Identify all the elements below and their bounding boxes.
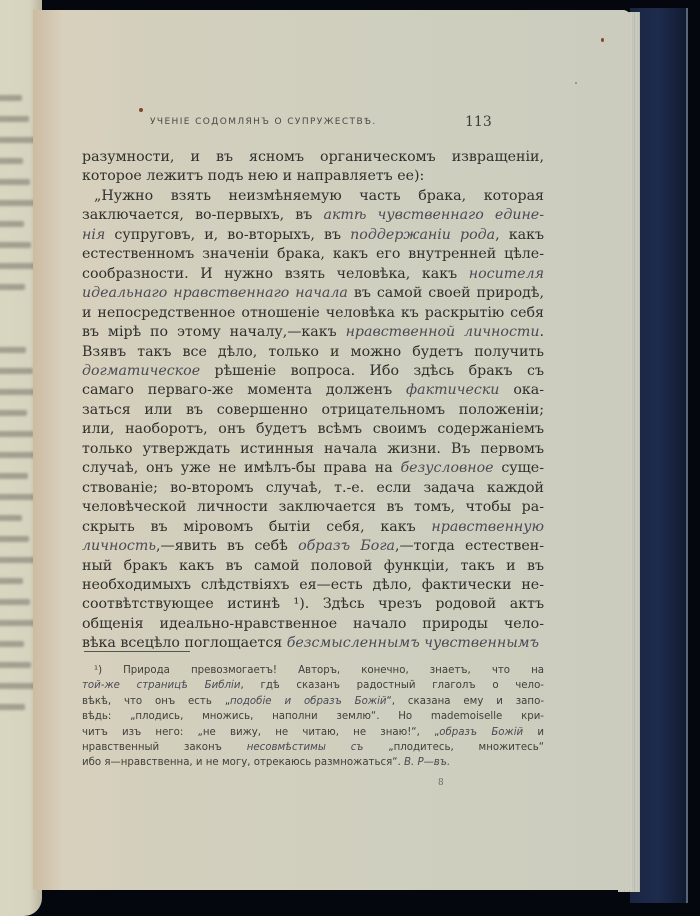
body-line: соотвѣтствующее истинѣ ¹). Здѣсь чрезъ р…: [82, 595, 544, 614]
bleed-through-text: [0, 368, 33, 374]
text-run: ,—явить въ себѣ: [156, 538, 298, 554]
italic-text: Библіи: [205, 680, 241, 691]
text-run: супруговъ, и, во-вторыхъ, въ: [105, 227, 350, 243]
bleed-through-text: [0, 116, 29, 122]
text-run: ока-: [499, 382, 544, 398]
italic-text: образъ Бога: [298, 538, 395, 554]
text-run: случаѣ, онъ уже не имѣлъ-бы права на: [82, 460, 400, 476]
bleed-through-text: [0, 221, 24, 227]
bleed-through-text: [0, 158, 23, 164]
body-line: самаго перваго-же момента долженъ фактич…: [82, 381, 544, 400]
text-run: читъ изъ него: „не вижу, не читаю, не зн…: [82, 727, 439, 738]
footnote-rule: [84, 651, 190, 652]
text-run: , какъ: [495, 227, 544, 243]
body-line: разумности, и въ ясномъ органическомъ из…: [82, 148, 544, 167]
text-run: [188, 680, 205, 691]
text-run: ный бракъ какъ въ самой половой функціи,…: [82, 558, 544, 574]
bleed-through-text: [0, 599, 30, 605]
italic-text: поддержаніи рода: [350, 227, 495, 243]
text-run: ,—тогда естествен-: [395, 538, 544, 554]
footnote: ¹) Природа превозмогаетъ! Авторъ, конечн…: [82, 663, 544, 771]
bleed-through-text: [0, 641, 24, 647]
text-run: „плодитесь, множитесь“: [364, 742, 544, 753]
text-run: которое лежитъ подъ нею и направляетъ ее…: [82, 168, 424, 184]
text-run: только утверждать истинныя начала жизни.…: [82, 441, 544, 457]
text-run: или, наоборотъ, онъ будетъ всѣмъ своимъ …: [82, 421, 544, 437]
italic-text: идеальнаго нравственнаго начала: [82, 285, 348, 301]
bleed-through-text: [0, 179, 30, 185]
body-line: естественномъ значеніи брака, какъ его в…: [82, 245, 544, 264]
body-line: человѣческой личности заключается въ том…: [82, 498, 544, 517]
text-run: разумности, и въ ясномъ органическомъ из…: [82, 149, 544, 165]
text-run: естественномъ значеніи брака, какъ его в…: [82, 246, 544, 262]
italic-text: нравственную: [431, 519, 544, 535]
text-run: вѣдь: „плодись, множись, наполни землю“.…: [82, 711, 544, 722]
text-run: „Нужно взять неизмѣняемую часть брака, к…: [94, 188, 544, 204]
bleed-through-text: [0, 578, 23, 584]
italic-text: личность: [82, 538, 156, 554]
text-run: въ самой своей природѣ,: [348, 285, 544, 301]
italic-text: нравственной личности: [346, 324, 540, 340]
bleed-through-text: [0, 431, 34, 437]
body-line: идеальнаго нравственнаго начала въ самой…: [82, 284, 544, 303]
text-run: соотвѣтствующее истинѣ ¹). Здѣсь чрезъ р…: [82, 596, 544, 612]
bleed-through-text: [0, 494, 35, 500]
bleed-through-text: [0, 620, 37, 626]
bleed-through-text: [0, 473, 28, 479]
body-line: догматическое рѣшеніе вопроса. Ибо здѣсь…: [82, 362, 544, 381]
text-run: самаго перваго-же момента долженъ: [82, 382, 406, 398]
text-run: “, сказана ему и запо-: [387, 696, 544, 707]
bleed-through-text: [0, 242, 31, 248]
text-run: .: [539, 324, 544, 340]
body-line: необходимыхъ слѣдствіяхъ ея—есть дѣло, ф…: [82, 576, 544, 595]
body-line: общенія идеально-нравственное начало при…: [82, 615, 544, 634]
italic-text: безусловное: [400, 460, 493, 476]
body-line: ствованіе; во-второмъ случаѣ, т.-е. если…: [82, 479, 544, 498]
italic-text: актѣ чувственнаго едине-: [323, 207, 544, 223]
running-head: УЧЕНІЕ СОДОМЛЯНЪ О СУПРУЖЕСТВѢ.: [150, 117, 490, 127]
footnote-line: читъ изъ него: „не вижу, не читаю, не зн…: [82, 725, 544, 740]
italic-text: догматическое: [82, 363, 200, 379]
italic-text: безсмысленнымъ чувственнымъ: [287, 635, 539, 651]
body-line: заключается, во-первыхъ, въ актѣ чувстве…: [82, 206, 544, 225]
body-line: въ мірѣ по этому началу,—какъ нравственн…: [82, 323, 544, 342]
text-run: ибо я—нравственна, и не могу, отрекаюсь …: [82, 757, 404, 768]
footnote-line: той-же страницѣ Библіи, гдѣ сказанъ радо…: [82, 678, 544, 693]
footnote-line: ибо я—нравственна, и не могу, отрекаюсь …: [82, 755, 544, 770]
text-run: вѣка всецѣло поглощается: [82, 635, 287, 651]
body-line: ный бракъ какъ въ самой половой функціи,…: [82, 557, 544, 576]
text-run: скрыть въ міровомъ бытіи себя, какъ: [82, 519, 431, 535]
italic-text: несовмѣстимы съ: [247, 742, 364, 753]
foxing-spot: [139, 108, 143, 112]
italic-text: образъ Божій: [439, 727, 523, 738]
italic-text: той-же страницѣ: [82, 680, 188, 691]
text-run: , гдѣ сказанъ радостный глаголъ о чело-: [241, 680, 544, 691]
italic-text: нія: [82, 227, 105, 243]
body-line: Взявъ такъ все дѣло, только и можно буде…: [82, 343, 544, 362]
foxing-spot: [575, 82, 577, 84]
bleed-through-text: [0, 347, 26, 353]
italic-text: фактически: [406, 382, 499, 398]
text-run: рѣшеніе вопроса. Ибо здѣсь бракъ съ: [200, 363, 544, 379]
footnote-line: вѣдь: „плодись, множись, наполни землю“.…: [82, 709, 544, 724]
text-run: ствованіе; во-второмъ случаѣ, т.-е. если…: [82, 480, 544, 496]
gutter-shadow: [33, 10, 63, 890]
body-line: заться или въ совершенно отрицательномъ …: [82, 401, 544, 420]
body-line: случаѣ, онъ уже не имѣлъ-бы права на без…: [82, 459, 544, 478]
text-run: и непосредственное отношеніе человѣка къ…: [82, 305, 544, 321]
body-line: и непосредственное отношеніе человѣка къ…: [82, 304, 544, 323]
body-line: только утверждать истинныя начала жизни.…: [82, 440, 544, 459]
bleed-through-text: [0, 536, 29, 542]
bleed-through-text: [0, 410, 27, 416]
italic-text: носителя: [469, 266, 544, 282]
footnote-line: нравственный законъ несовмѣстимы съ „пло…: [82, 740, 544, 755]
body-line: нія супруговъ, и, во-вторыхъ, въ поддерж…: [82, 226, 544, 245]
bleed-through-text: [0, 137, 36, 143]
footnote-line: ¹) Природа превозмогаетъ! Авторъ, конечн…: [82, 663, 544, 678]
bleed-through-text: [0, 515, 22, 521]
text-run: необходимыхъ слѣдствіяхъ ея—есть дѣло, ф…: [82, 577, 544, 593]
text-run: въ мірѣ по этому началу,—какъ: [82, 324, 346, 340]
italic-text: В. Р—въ.: [404, 757, 450, 768]
italic-text: подобіе и образъ Божій: [230, 696, 387, 707]
text-run: вѣкѣ, что онъ есть „: [82, 696, 230, 707]
text-run: ¹) Природа превозмогаетъ! Авторъ, конечн…: [94, 665, 544, 676]
text-run: заться или въ совершенно отрицательномъ …: [82, 402, 544, 418]
text-run: человѣческой личности заключается въ том…: [82, 499, 544, 515]
text-run: общенія идеально-нравственное начало при…: [82, 616, 544, 632]
text-run: суще-: [494, 460, 544, 476]
bleed-through-text: [0, 95, 22, 101]
text-run: нравственный законъ: [82, 742, 247, 753]
body-line: личность,—явить въ себѣ образъ Бога,—тог…: [82, 537, 544, 556]
footnote-line: вѣкѣ, что онъ есть „подобіе и образъ Бож…: [82, 694, 544, 709]
body-line: сообразности. И нужно взять человѣка, ка…: [82, 265, 544, 284]
body-line: или, наоборотъ, онъ будетъ всѣмъ своимъ …: [82, 420, 544, 439]
body-line: „Нужно взять неизмѣняемую часть брака, к…: [82, 187, 544, 206]
body-line: скрыть въ міровомъ бытіи себя, какъ нрав…: [82, 518, 544, 537]
text-run: сообразности. И нужно взять человѣка, ка…: [82, 266, 469, 282]
body-line: которое лежитъ подъ нею и направляетъ ее…: [82, 167, 544, 186]
text-run: заключается, во-первыхъ, въ: [82, 207, 323, 223]
text-run: Взявъ такъ все дѣло, только и можно буде…: [82, 344, 544, 360]
bleed-through-text: [0, 284, 25, 290]
signature-mark: 8: [438, 778, 444, 788]
foxing-spot: [601, 38, 604, 42]
bleed-through-text: [0, 704, 25, 710]
bleed-through-text: [0, 200, 37, 206]
page-number: 113: [465, 114, 492, 130]
body-text: разумности, и въ ясномъ органическомъ из…: [82, 148, 544, 654]
bleed-through-text: [0, 662, 31, 668]
text-run: и: [523, 727, 544, 738]
bleed-through-text: [0, 557, 36, 563]
